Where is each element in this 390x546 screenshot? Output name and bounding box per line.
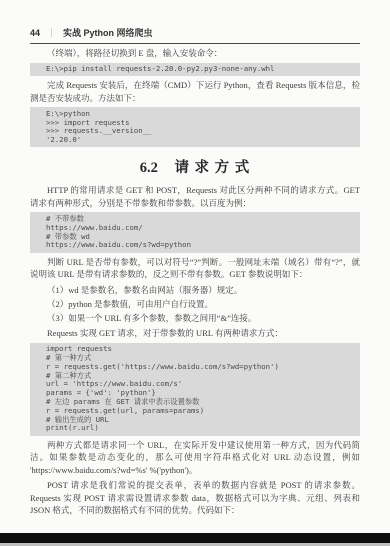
code-block-two-ways: import requests # 第一种方式 r = requests.get… (30, 343, 360, 436)
page-number: 44 (30, 28, 40, 38)
get-param-list: （1）wd 是参数名，参数名由网站（服务器）规定。 （2）python 是参数值… (30, 284, 360, 325)
paragraph-compare-ways: 两种方式都是请求同一个 URL，在实际开发中建议使用第一种方式，因为代码简洁。如… (30, 439, 360, 477)
paragraph-post-intro: POST 请求是我们常说的提交表单，表单的数据内容就是 POST 的请求参数。R… (30, 479, 360, 517)
list-item-ampersand: （3）如果一个 URL 有多个参数，参数之间用“&”连接。 (30, 312, 360, 325)
book-page: 44 ｜ 实战 Python 网络爬虫 （终端），将路径切换到 E 盘，输入安装… (0, 0, 390, 546)
code-block-pip-install: E:\>pip install requests-2.20.0-py2.py3-… (30, 63, 360, 77)
section-number: 6.2 (140, 160, 158, 176)
paragraph-http-intro: HTTP 的常用请求是 GET 和 POST，Requests 对此区分两种不同… (30, 184, 360, 209)
book-title: 实战 Python 网络爬虫 (63, 26, 153, 39)
paragraph-verify-install: 完成 Requests 安装后，在终端（CMD）下运行 Python，查看 Re… (30, 79, 360, 104)
paragraph-url-judge: 判断 URL 是否带有参数，可以对符号“?”判断。一般网址末端（域名）带有“?”… (30, 256, 360, 281)
paragraph-terminal: （终端），将路径切换到 E 盘，输入安装命令： (30, 47, 360, 60)
code-block-get-examples: # 不带参数 https://www.baidu.com/ # 带参数 wd h… (30, 212, 360, 252)
list-item-wd-param: （1）wd 是参数名，参数名由网站（服务器）规定。 (30, 284, 360, 297)
code-block-version-check: E:\>python >>> import requests >>> reque… (30, 107, 360, 147)
page-header: 44 ｜ 实战 Python 网络爬虫 (30, 26, 360, 44)
section-title: 请 求 方 式 (174, 160, 250, 176)
bottom-black-bar (0, 533, 390, 543)
header-divider: ｜ (47, 26, 56, 39)
section-heading: 6.2 请 求 方 式 (30, 156, 360, 177)
paragraph-requests-get: Requests 实现 GET 请求，对于带参数的 URL 有两种请求方式： (30, 327, 360, 340)
list-item-python-value: （2）python 是参数值，可由用户自行设置。 (30, 298, 360, 311)
